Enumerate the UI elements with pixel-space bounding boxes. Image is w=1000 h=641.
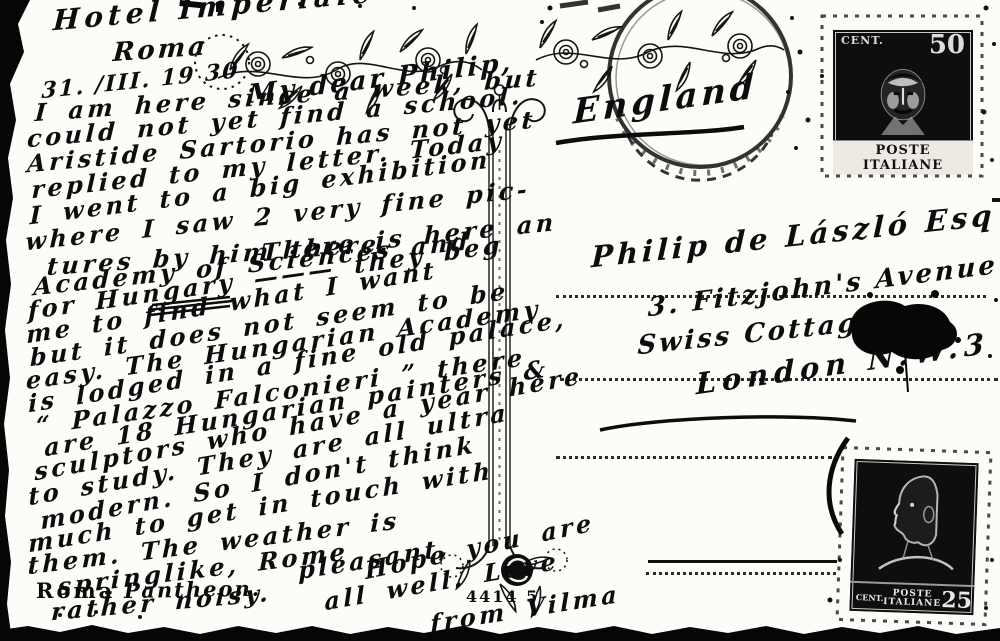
caption-title: - Pantheon. — [104, 576, 261, 604]
sender-hotel: Hotel Imperiale — [52, 0, 376, 37]
stamp-denomination-band: CENT. 50 — [833, 30, 973, 56]
stamp-cent-label: CENT. — [856, 592, 884, 603]
rose-icon — [554, 40, 578, 64]
stamp-value: 50 — [929, 34, 965, 56]
king-portrait-front-icon — [855, 56, 951, 140]
stamp-cent-label: CENT. — [841, 34, 884, 47]
postcard: Hotel Imperiale Roma 31. /III. 19 30 My … — [0, 0, 1000, 641]
stamp-50c: CENT. 50 POSTE ITALIANE — [820, 14, 984, 178]
address-dotted-line — [646, 572, 854, 575]
stamp-inscription-band: CENT. POSTE ITALIANE 25 — [849, 581, 974, 615]
stamp-value: 25 — [941, 587, 973, 614]
stamp-country-label: POSTE ITALIANE — [883, 589, 942, 609]
rose-icon — [638, 44, 662, 68]
destination-country: England — [573, 66, 758, 132]
stamp-country-line2: ITALIANE — [883, 597, 941, 609]
king-portrait-profile-icon — [863, 464, 967, 579]
address-solid-line — [648, 560, 854, 563]
torn-bottom-edge — [0, 625, 1000, 641]
rose-icon — [728, 34, 752, 58]
serial-number: 4414 5 — [466, 587, 539, 606]
stamp-25c: CENT. POSTE ITALIANE 25 — [835, 445, 993, 628]
address-dotted-line — [556, 456, 832, 459]
address-underline — [600, 417, 856, 430]
stamp-country-label: POSTE ITALIANE — [833, 140, 973, 175]
rose-icon — [246, 52, 270, 76]
